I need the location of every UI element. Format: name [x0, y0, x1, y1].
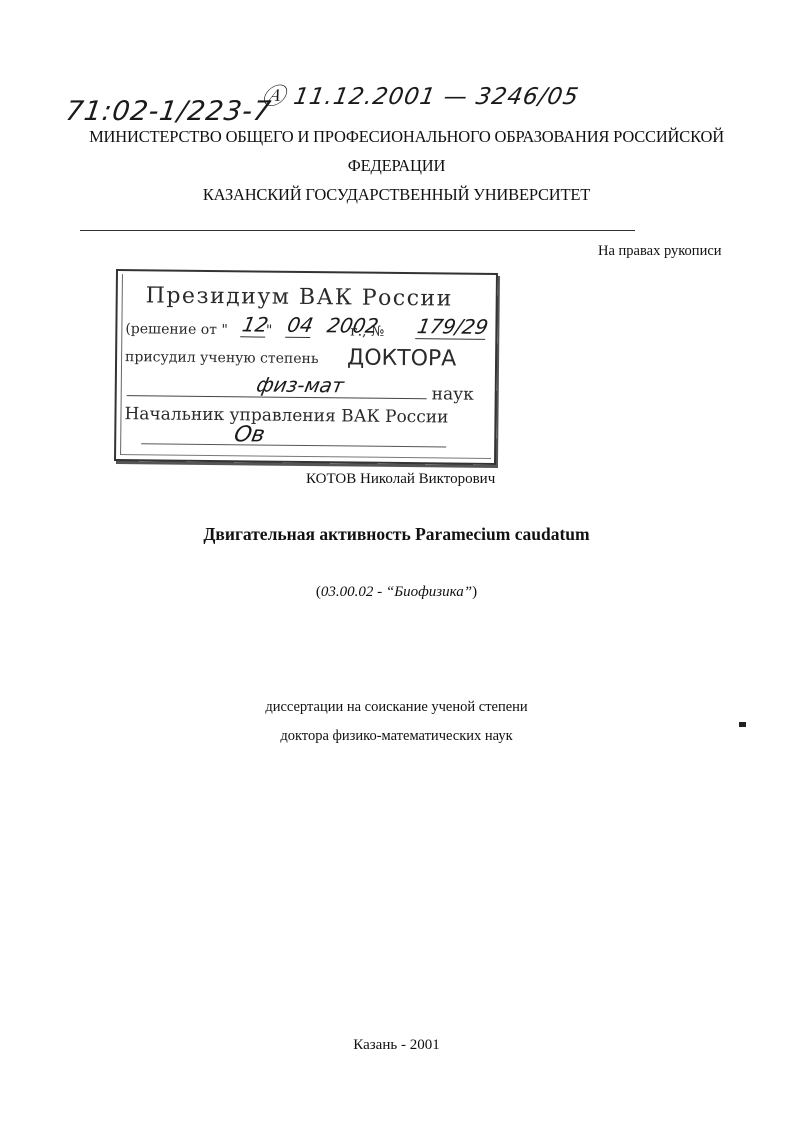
handwritten-catalog-code: 71:02-1/223-7: [64, 96, 274, 127]
university-heading: КАЗАНСКИЙ ГОСУДАРСТВЕННЫЙ УНИВЕРСИТЕТ: [0, 185, 793, 205]
stamp-degree: ДОКТОРА: [347, 345, 456, 371]
stamp-degree-label: присудил ученую степень: [125, 349, 319, 367]
stamp-title: Президиум ВАК России: [146, 283, 453, 311]
handwritten-registration: Ⓐ 11.12.2001 — 3246/05: [259, 78, 582, 111]
specialty-name: “Биофизика”: [386, 584, 472, 600]
dissertation-title: Двигательная активность Paramecium cauda…: [0, 524, 793, 545]
specialty-code: 03.00.02: [321, 584, 374, 600]
rights-note: На правах рукописи: [598, 243, 722, 260]
vak-stamp: Президиум ВАК России (решение от ""г., №…: [114, 269, 498, 465]
stamp-day: 12: [240, 312, 270, 337]
stamp-year: 2002: [325, 313, 380, 337]
stamp-head: Начальник управления ВАК России: [124, 404, 448, 427]
scan-artifact: [739, 722, 746, 727]
stamp-science: наук: [432, 384, 474, 404]
stamp-month: 04: [285, 313, 315, 338]
author-name: КОТОВ Николай Викторович: [306, 471, 495, 488]
stamp-field-underline: [127, 395, 427, 399]
federation-heading: ФЕДЕРАЦИИ: [0, 156, 793, 176]
ministry-heading: МИНИСТЕРСТВО ОБЩЕГО И ПРОФЕСИОНАЛЬНОГО О…: [0, 127, 793, 147]
specialty-separator: -: [373, 584, 386, 600]
specialty: (03.00.02 - “Биофизика”): [0, 584, 793, 601]
stamp-field: физ-мат: [255, 373, 346, 398]
stamp-signature-line: [141, 443, 446, 447]
header-divider: [80, 230, 635, 231]
stamp-decision-prefix: (решение от ": [125, 321, 228, 338]
degree-statement-line2: доктора физико-математических наук: [0, 728, 793, 745]
stamp-decision-number: 179/29: [415, 314, 490, 340]
city-year: Казань - 2001: [0, 1037, 793, 1054]
degree-statement-line1: диссертации на соискание ученой степени: [0, 699, 793, 716]
